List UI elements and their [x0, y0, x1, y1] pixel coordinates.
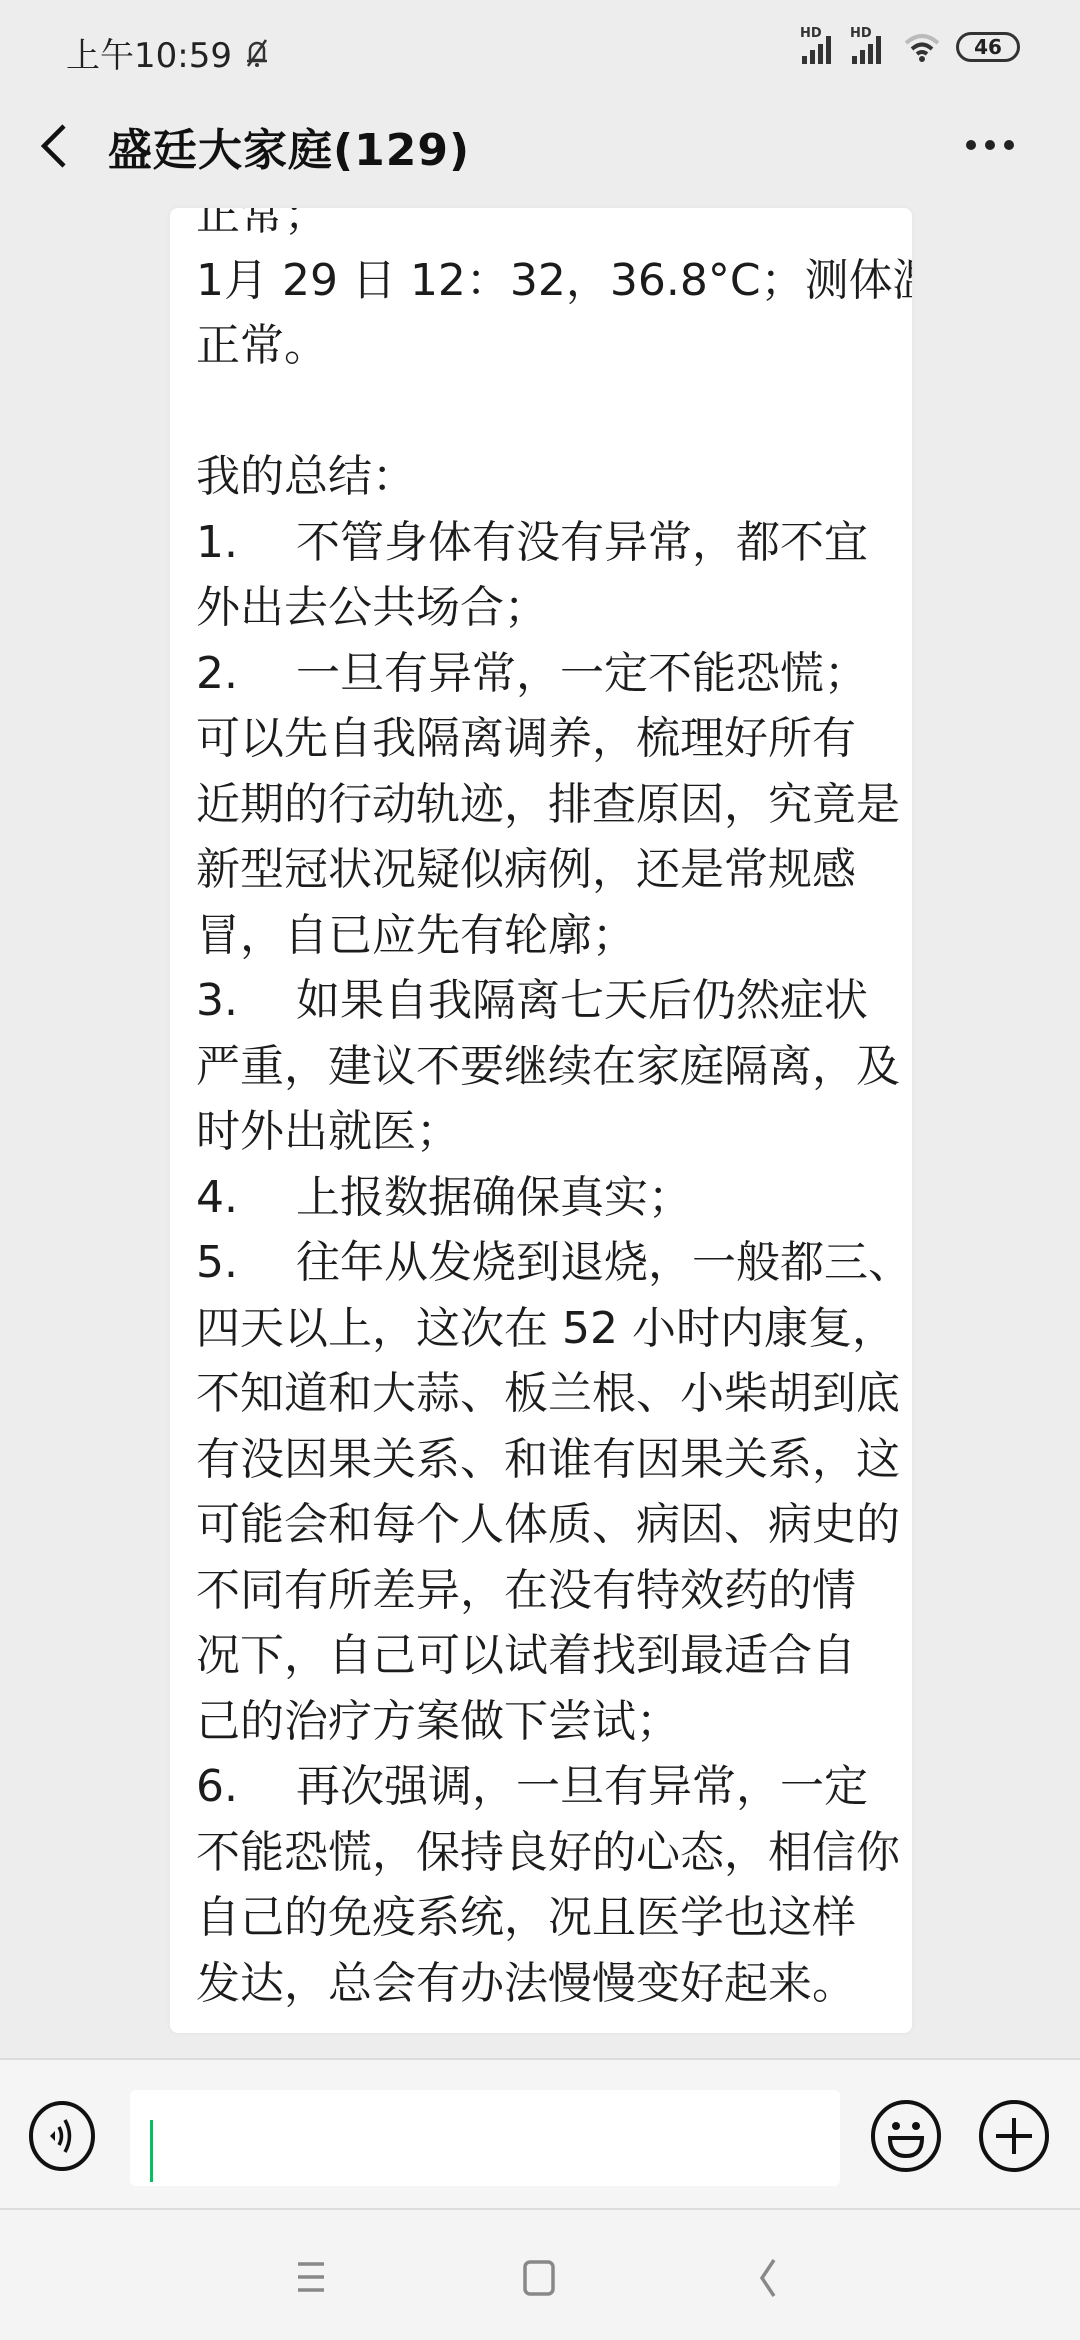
- message-line: 1.不管身体有没有异常，都不宜: [196, 510, 892, 576]
- battery-indicator: 46: [956, 32, 1020, 62]
- ellipsis-icon[interactable]: [966, 130, 1026, 160]
- message-line: 6.再次强调，一旦有异常，一定: [196, 1754, 892, 1820]
- bell-muted-icon: [242, 36, 272, 70]
- status-time: 上午10:59: [66, 28, 272, 77]
- home-icon[interactable]: [522, 2260, 556, 2296]
- line-text: 一旦有异常，一定不能恐慌；: [296, 648, 868, 699]
- line-text: 不管身体有没有异常，都不宜: [296, 517, 868, 568]
- back-icon[interactable]: [756, 2258, 780, 2298]
- line-text: 严重，建议不要继续在家庭隔离，及: [196, 1041, 900, 1092]
- message-line: 外出去公共场合；: [196, 575, 892, 641]
- line-text: 近期的行动轨迹，排查原因，究竟是: [196, 779, 900, 830]
- list-number: 6.: [196, 1754, 296, 1820]
- line-text: 四天以上，这次在 52 小时内康复，: [196, 1303, 896, 1354]
- plus-icon[interactable]: [978, 2100, 1050, 2172]
- message-line: 时外出就医；: [196, 1099, 892, 1165]
- clock: 上午10:59: [66, 28, 232, 77]
- message-line: 不能恐慌，保持良好的心态，相信你: [196, 1820, 892, 1886]
- list-number: 5.: [196, 1230, 296, 1296]
- message-text: 正常；1月 29 日 12：32，36.8°C；测体温正常。我的总结：1.不管身…: [196, 208, 892, 2016]
- text-caret: [150, 2120, 153, 2182]
- status-bar: 上午10:59 HD HD 46: [0, 0, 1080, 100]
- message-line: 2.一旦有异常，一定不能恐慌；: [196, 641, 892, 707]
- message-line: 3.如果自我隔离七天后仍然症状: [196, 968, 892, 1034]
- message-line: 发达，总会有办法慢慢变好起来。: [196, 1951, 892, 2017]
- message-line: 不知道和大蒜、板兰根、小柴胡到底: [196, 1361, 892, 1427]
- message-line: 正常。: [196, 313, 892, 379]
- message-line: 近期的行动轨迹，排查原因，究竟是: [196, 772, 892, 838]
- message-line: 可能会和每个人体质、病因、病史的: [196, 1492, 892, 1558]
- message-line: 5.往年从发烧到退烧，一般都三、: [196, 1230, 892, 1296]
- message-line: 正常；: [196, 208, 892, 248]
- line-text: 不同有所差异，在没有特效药的情: [196, 1565, 856, 1616]
- line-text: 上报数据确保真实；: [296, 1172, 692, 1223]
- message-bubble[interactable]: 正常；1月 29 日 12：32，36.8°C；测体温正常。我的总结：1.不管身…: [170, 208, 912, 2033]
- message-line: 况下，自己可以试着找到最适合自: [196, 1623, 892, 1689]
- line-text: 不知道和大蒜、板兰根、小柴胡到底: [196, 1368, 900, 1419]
- message-input[interactable]: [130, 2090, 840, 2186]
- line-text: 正常；: [196, 208, 328, 240]
- message-line: 己的治疗方案做下尝试；: [196, 1689, 892, 1755]
- list-number: 2.: [196, 641, 296, 707]
- message-line: 1月 29 日 12：32，36.8°C；测体温: [196, 248, 892, 314]
- wifi-icon: [902, 31, 942, 63]
- message-line: 我的总结：: [196, 444, 892, 510]
- line-text: 1月 29 日 12：32，36.8°C；测体温: [196, 255, 912, 306]
- emoji-icon[interactable]: [870, 2100, 942, 2172]
- line-text: 不能恐慌，保持良好的心态，相信你: [196, 1827, 900, 1878]
- system-nav-bar: [0, 2210, 1080, 2340]
- line-text: 冒，自已应先有轮廓；: [196, 910, 636, 961]
- chevron-left-icon[interactable]: [30, 118, 80, 174]
- message-line: 冒，自已应先有轮廓；: [196, 903, 892, 969]
- chat-header: 盛廷大家庭(129): [0, 100, 1080, 190]
- line-text: 况下，自己可以试着找到最适合自: [196, 1630, 856, 1681]
- line-text: 己的治疗方案做下尝试；: [196, 1696, 680, 1747]
- line-text: 我的总结：: [196, 451, 416, 502]
- line-text: 有没因果关系、和谁有因果关系，这: [196, 1434, 900, 1485]
- message-line: 4.上报数据确保真实；: [196, 1165, 892, 1231]
- message-line: [196, 379, 892, 445]
- menu-icon[interactable]: [296, 2260, 326, 2294]
- line-text: 如果自我隔离七天后仍然症状: [296, 975, 868, 1026]
- line-text: 时外出就医；: [196, 1106, 460, 1157]
- line-text: 新型冠状况疑似病例，还是常规感: [196, 844, 856, 895]
- message-line: 有没因果关系、和谁有因果关系，这: [196, 1427, 892, 1493]
- line-text: 可能会和每个人体质、病因、病史的: [196, 1499, 900, 1550]
- list-number: 3.: [196, 968, 296, 1034]
- line-text: 再次强调，一旦有异常，一定: [296, 1761, 868, 1812]
- voice-icon[interactable]: [28, 2100, 96, 2172]
- line-text: 往年从发烧到退烧，一般都三、: [296, 1237, 912, 1288]
- line-text: 外出去公共场合；: [196, 582, 548, 633]
- line-text: 正常。: [196, 320, 328, 371]
- message-line: 严重，建议不要继续在家庭隔离，及: [196, 1034, 892, 1100]
- message-line: 四天以上，这次在 52 小时内康复，: [196, 1296, 892, 1362]
- list-number: 4.: [196, 1165, 296, 1231]
- message-line: 可以先自我隔离调养，梳理好所有: [196, 706, 892, 772]
- message-line: 不同有所差异，在没有特效药的情: [196, 1558, 892, 1624]
- line-text: 自己的免疫系统，况且医学也这样: [196, 1892, 856, 1943]
- input-bar: [0, 2058, 1080, 2210]
- status-icons: HD HD 46: [802, 30, 1020, 64]
- signal-1-icon: HD: [802, 30, 838, 64]
- list-number: 1.: [196, 510, 296, 576]
- message-line: 新型冠状况疑似病例，还是常规感: [196, 837, 892, 903]
- line-text: 可以先自我隔离调养，梳理好所有: [196, 713, 856, 764]
- message-line: 自己的免疫系统，况且医学也这样: [196, 1885, 892, 1951]
- chat-message-list[interactable]: 正常；1月 29 日 12：32，36.8°C；测体温正常。我的总结：1.不管身…: [0, 190, 1080, 2058]
- chat-title: 盛廷大家庭(129): [108, 114, 470, 178]
- signal-2-icon: HD: [852, 30, 888, 64]
- line-text: 发达，总会有办法慢慢变好起来。: [196, 1958, 856, 2009]
